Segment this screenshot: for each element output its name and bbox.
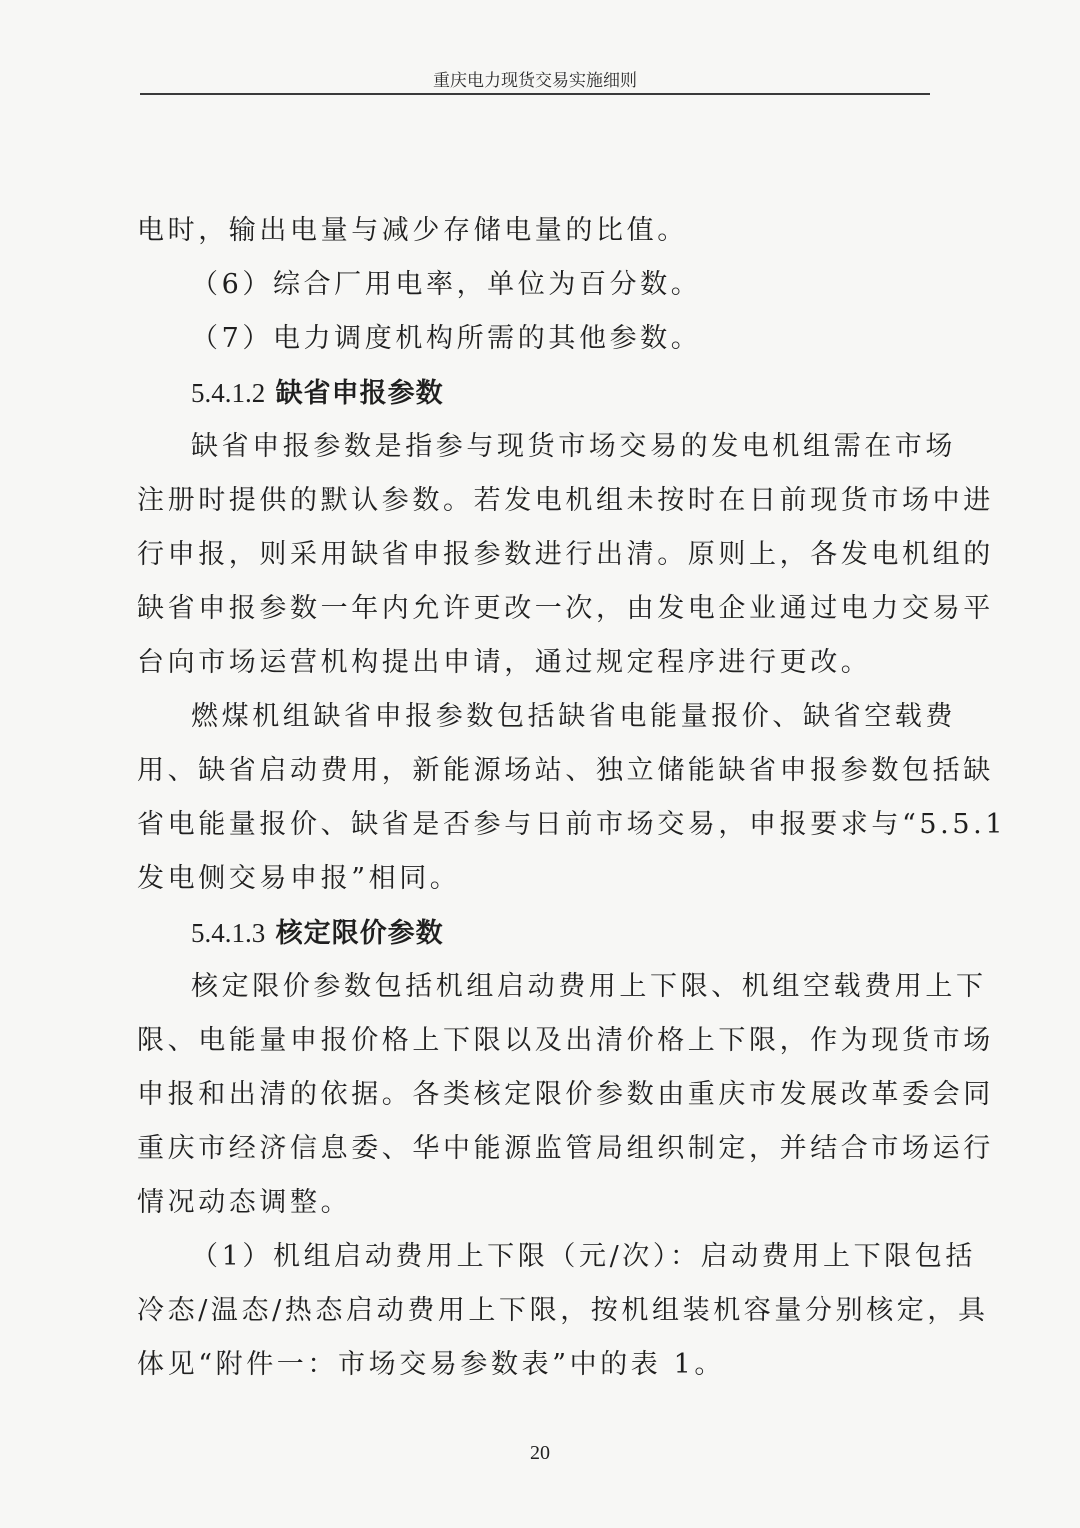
- section-number: 5.4.1.3: [191, 918, 265, 948]
- paragraph-line: 核定限价参数包括机组启动费用上下限、机组空载费用上下: [137, 960, 927, 1014]
- section-number: 5.4.1.2: [191, 378, 265, 408]
- paragraph-line: 申报和出清的依据。各类核定限价参数由重庆市发展改革委会同: [137, 1068, 927, 1122]
- running-header: 重庆电力现货交易实施细则: [140, 66, 930, 91]
- paragraph-line: 用、缺省启动费用，新能源场站、独立储能缺省申报参数包括缺: [137, 744, 927, 798]
- section-title: 核定限价参数: [276, 918, 444, 949]
- paragraph-line: 行申报，则采用缺省申报参数进行出清。原则上，各发电机组的: [137, 528, 927, 582]
- list-item-6: （6）综合厂用电率，单位为百分数。: [137, 258, 927, 312]
- section-title: 缺省申报参数: [276, 378, 444, 409]
- paragraph-line: 燃煤机组缺省申报参数包括缺省电能量报价、缺省空载费: [137, 690, 927, 744]
- paragraph-line: 注册时提供的默认参数。若发电机组未按时在日前现货市场中进: [137, 474, 927, 528]
- header-rule: [140, 93, 930, 95]
- paragraph-line: 缺省申报参数是指参与现货市场交易的发电机组需在市场: [137, 420, 927, 474]
- page-number: 20: [0, 1442, 1080, 1465]
- paragraph-line: 省电能量报价、缺省是否参与日前市场交易，申报要求与“5.5.1: [137, 798, 927, 852]
- paragraph-line: 情况动态调整。: [137, 1176, 927, 1230]
- paragraph-line: 缺省申报参数一年内允许更改一次，由发电企业通过电力交易平: [137, 582, 927, 636]
- section-heading-5413: 5.4.1.3 核定限价参数: [137, 906, 927, 960]
- section-heading-5412: 5.4.1.2 缺省申报参数: [137, 366, 927, 420]
- paragraph-line: 冷态/温态/热态启动费用上下限，按机组装机容量分别核定，具: [137, 1284, 927, 1338]
- paragraph-line: 发电侧交易申报”相同。: [137, 852, 927, 906]
- document-body: 电时，输出电量与减少存储电量的比值。 （6）综合厂用电率，单位为百分数。 （7）…: [137, 204, 927, 1392]
- paragraph-line: 台向市场运营机构提出申请，通过规定程序进行更改。: [137, 636, 927, 690]
- paragraph-line: 体见“附件一：市场交易参数表”中的表 1。: [137, 1338, 927, 1392]
- paragraph-line: 重庆市经济信息委、华中能源监管局组织制定，并结合市场运行: [137, 1122, 927, 1176]
- paragraph-line: 电时，输出电量与减少存储电量的比值。: [137, 204, 927, 258]
- list-item-1: （1）机组启动费用上下限（元/次）：启动费用上下限包括: [137, 1230, 927, 1284]
- list-item-7: （7）电力调度机构所需的其他参数。: [137, 312, 927, 366]
- paragraph-line: 限、电能量申报价格上下限以及出清价格上下限，作为现货市场: [137, 1014, 927, 1068]
